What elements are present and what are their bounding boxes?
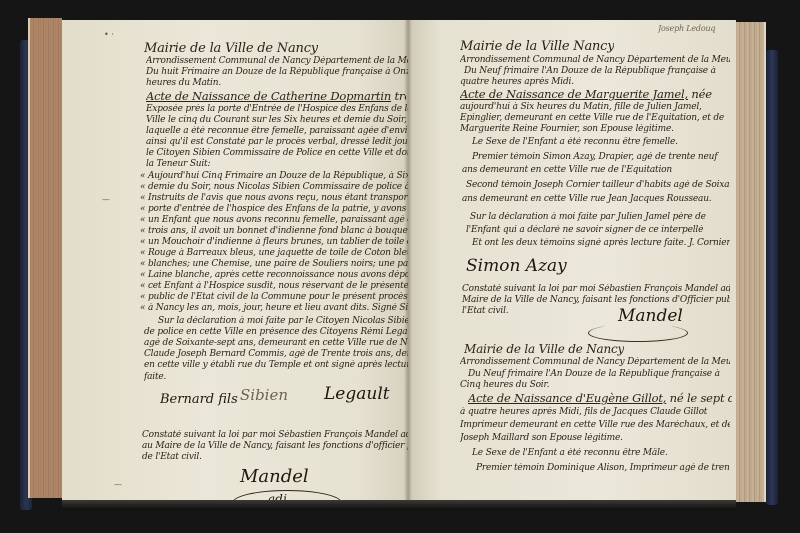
body-line: l'Enfant qui a déclaré ne savoir signer … [466,225,730,236]
act-title-text: Acte de Naissance de Catherine Dopmartin [146,90,391,103]
preamble-line: heures du Matin. [146,78,221,89]
signature-bernard: Bernard fils [160,392,238,407]
left-page: • · — — Mairie de la Ville de Nancy Arro… [62,20,408,508]
act-title-text: Acte de Naissance de Marguerite Jamel, [460,88,688,101]
preamble-line: Arrondissement Communal de Nancy Départe… [460,357,730,368]
body-line: « Laine blanche, après cette reconnoissa… [140,270,408,281]
right-cover [766,50,778,505]
record-heading: Mairie de la Ville de Nancy [464,342,624,356]
body-line: Imprimeur demeurant en cette Ville rue d… [460,420,730,431]
declaration-line: Sur la déclaration à moi faite par le Ci… [158,316,408,327]
body-line: Ville le cinq du Courant sur les Six heu… [146,115,408,126]
preamble-line: Du Neuf frimaire l'An Douze de la Républ… [464,66,730,77]
signature-legault: Legault [324,384,390,404]
declaration-line: agé de Soixante-sept ans, demeurant en c… [144,338,408,349]
preamble-line: Du Neuf frimaire l'An Douze de la Républ… [468,369,730,380]
margin-mark: — [102,195,110,204]
body-line: « un Enfant que nous avons reconnu femel… [140,215,408,226]
body-line: ans demeurant en cette Ville rue Jean Ja… [462,194,730,205]
body-line: « blanches; une Chemise, une paire de So… [140,259,408,270]
body-line: laquelle a été reconnue être femelle, pa… [146,126,408,137]
body-line: aujourd'hui à Six heures du Matin, fille… [460,102,730,113]
act-title-text: Acte de Naissance d'Eugène Gillot, [468,392,666,405]
certification-line: de l'Etat civil. [142,452,202,463]
preamble-line: Arrondissement Communal de Nancy Départe… [460,55,730,66]
preamble-line: Cinq heures du Soir. [460,380,549,391]
body-line: Premier témoin Simon Azay, Drapier, agé … [472,152,730,163]
signature-paraph [588,324,688,342]
margin-mark: • · [104,30,114,39]
act-title-suffix: né le sept du courant [670,392,732,405]
margin-mark: — [114,480,122,489]
body-line: Exposée près la porte d'Entrée de l'Hosp… [146,104,408,115]
act-title: Acte de Naissance de Marguerite Jamel, n… [460,88,732,101]
officer-signature: Mandel [618,306,683,326]
body-line: Le Sexe de l'Enfant a été reconnu être f… [472,137,730,148]
left-page-edges [28,18,62,498]
declaration-line: de police en cette Ville en présence des… [144,327,408,338]
certification-line: Maire de la Ville de Nancy, faisant les … [462,295,730,306]
body-line: ans demeurant en cette Ville rue de l'Éq… [462,165,730,176]
body-line: « Rouge à Barreaux bleus, une jaquette d… [140,248,408,259]
body-line: « Aujourd'hui Cinq Frimaire an Douze de … [140,171,408,182]
witness-signature: Simon Azay [466,256,567,276]
body-line: la Teneur Suit: [146,159,408,170]
preamble-line: quatre heures après Midi. [460,77,574,88]
body-line: Premier témoin Dominique Alison, Imprime… [476,463,730,474]
certification-line: au Maire de la Ville de Nancy, faisant l… [142,441,408,452]
act-title: Acte de Naissance de Catherine Dopmartin… [146,90,406,103]
body-line: à quatre heures après Midi, fils de Jacq… [460,407,730,418]
body-line: ainsi qu'il est Constaté par le procès v… [146,137,408,148]
body-line: le Citoyen Sibien Commissaire de Police … [146,148,408,159]
declaration-line: faite. [144,372,166,383]
right-page: Joseph Ledouq Mairie de la Ville Nancy A… [408,20,736,508]
body-line: Épinglier, demeurant en cette Ville rue … [460,113,730,124]
body-line: Second témoin Joseph Cornier tailleur d'… [466,180,730,191]
body-line: « cet Enfant à l'Hospice susdit, nous ré… [140,281,408,292]
declaration-line: Claude Joseph Bernard Commis, agé de Tre… [144,349,408,360]
preamble-line: Arrondissement Communal de Nancy Départe… [146,56,408,67]
folio-annotation: Joseph Ledouq [658,23,715,34]
body-line: Sur la déclaration à moi faite par Julie… [470,212,730,223]
signature-sibien: Sibien [240,386,288,404]
body-line: « à Nancy les an, mois, jour, heure et l… [140,303,408,314]
bottom-shadow [62,500,736,510]
officer-signature: Mandel [240,466,309,487]
certification-line: Constaté suivant la loi par moi Sébastie… [142,430,408,441]
record-heading: Mairie de la Ville de Nancy [144,42,318,56]
body-line: « un Mouchoir d'indienne à fleurs brunes… [140,237,408,248]
open-register-book: • · — — Mairie de la Ville de Nancy Arro… [0,0,800,533]
certification-line: l'Etat civil. [462,306,508,317]
body-line: Le Sexe de l'Enfant a été reconnu être M… [472,448,730,459]
body-line: Marguerite Reine Fournier, son Epouse lé… [460,124,730,135]
preamble-line: Du huit Frimaire an Douze de la Républiq… [146,67,408,78]
body-line: Et ont les deux témoins signé après lect… [472,238,730,249]
body-line: Joseph Maillard son Epouse légitime. [460,433,730,444]
act-title-suffix: née [691,88,711,101]
body-line: « porte d'entrée de l'hospice des Enfans… [140,204,408,215]
declaration-line: en cette ville y établi rue du Temple et… [144,360,408,371]
body-line: « public de l'Etat civil de la Commune p… [140,292,408,303]
body-line: « trois ans, il avoit un bonnet d'indien… [140,226,408,237]
right-page-edges [736,22,766,502]
record-heading: Mairie de la Ville Nancy [460,40,614,54]
body-line: « demie du Soir, nous Nicolas Sibien Com… [140,182,408,193]
body-line: « Instruits de l'avis que nous avons reç… [140,193,408,204]
book-gutter [404,20,412,508]
certification-line: Constaté suivant la loi par moi Sébastie… [462,284,730,295]
act-title: Acte de Naissance d'Eugène Gillot, né le… [468,392,732,405]
